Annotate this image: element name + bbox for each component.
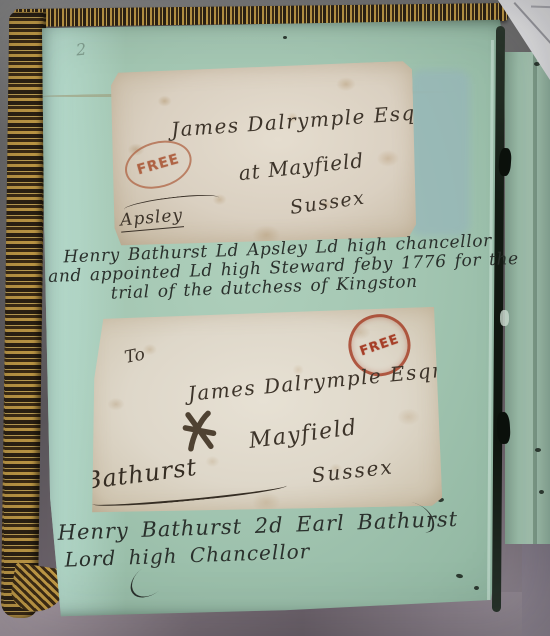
photo-album-scene: 2 FREE James Dalrymple Esqr at Mayfield … [0, 0, 550, 636]
page-edge-streak [533, 52, 537, 544]
ink-speck [539, 490, 544, 494]
paper-chip [500, 310, 509, 326]
postal-cover-1: FREE James Dalrymple Esqr at Mayfield Su… [109, 61, 418, 247]
gutter-shadow-blob [496, 412, 511, 445]
ink-speck [535, 448, 541, 452]
postal-cover-2: To FREE James Dalrymple Esqr Mayfield Su… [86, 307, 443, 515]
facing-page-edge [505, 52, 550, 544]
to-label: To [123, 344, 147, 368]
gilt-book-spine [1, 12, 46, 618]
